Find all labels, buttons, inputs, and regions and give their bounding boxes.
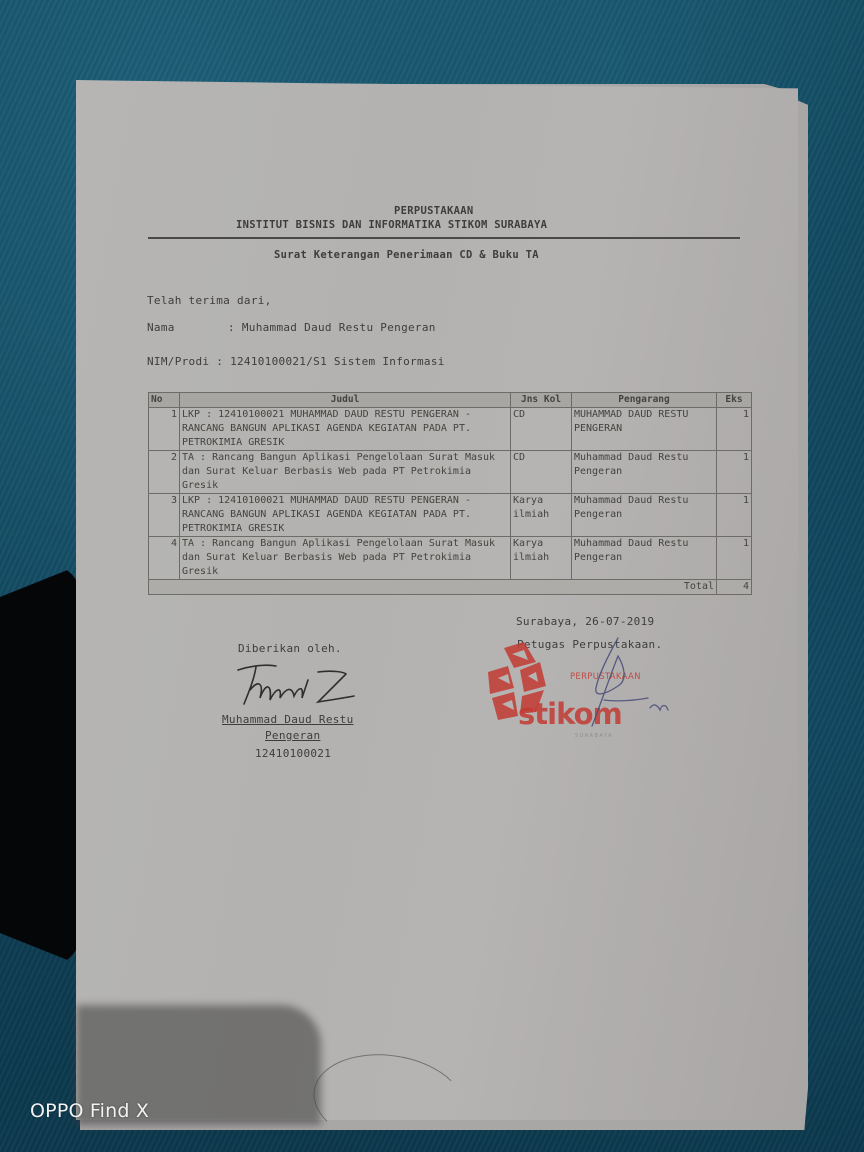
cell-jns-kol: Karya ilmiah: [511, 494, 572, 537]
giver-nim: 12410100021: [255, 747, 331, 760]
intro-text: Telah terima dari,: [147, 294, 272, 307]
cell-no: 1: [149, 408, 180, 451]
cell-judul: TA : Rancang Bangun Aplikasi Pengelolaan…: [180, 537, 511, 580]
cell-judul: TA : Rancang Bangun Aplikasi Pengelolaan…: [180, 451, 511, 494]
document: PERPUSTAKAAN INSTITUT BISNIS DAN INFORMA…: [0, 0, 864, 1152]
total-label: Total: [149, 580, 717, 595]
name-value: : Muhammad Daud Restu Pengeran: [228, 321, 436, 334]
nim-prodi: NIM/Prodi : 12410100021/S1 Sistem Inform…: [147, 355, 445, 368]
giver-label: Diberikan oleh.: [238, 642, 342, 655]
col-jns-kol: Jns Kol: [511, 393, 572, 408]
cell-judul: LKP : 12410100021 MUHAMMAD DAUD RESTU PE…: [180, 408, 511, 451]
officer-signature: [548, 636, 688, 736]
cell-pengarang: Muhammad Daud Restu Pengeran: [572, 537, 717, 580]
giver-name: Muhammad Daud Restu: [222, 713, 354, 726]
giver-name-line2: Pengeran: [265, 729, 320, 742]
cell-eks: 1: [717, 451, 752, 494]
cell-no: 4: [149, 537, 180, 580]
total-value: 4: [717, 580, 752, 595]
document-title: Surat Keterangan Penerimaan CD & Buku TA: [274, 249, 539, 261]
col-judul: Judul: [180, 393, 511, 408]
camera-watermark: OPPO Find X: [30, 1100, 149, 1122]
cell-jns-kol: Karya ilmiah: [511, 537, 572, 580]
col-no: No: [149, 393, 180, 408]
cell-no: 3: [149, 494, 180, 537]
col-eks: Eks: [717, 393, 752, 408]
col-pengarang: Pengarang: [572, 393, 717, 408]
table-row: 3 LKP : 12410100021 MUHAMMAD DAUD RESTU …: [149, 494, 752, 537]
cell-pengarang: Muhammad Daud Restu Pengeran: [572, 451, 717, 494]
place-date: Surabaya, 26-07-2019: [516, 615, 654, 628]
cell-eks: 1: [717, 494, 752, 537]
header-divider: [148, 237, 740, 239]
cell-jns-kol: CD: [511, 408, 572, 451]
cell-eks: 1: [717, 408, 752, 451]
cell-eks: 1: [717, 537, 752, 580]
table-row: 1 LKP : 12410100021 MUHAMMAD DAUD RESTU …: [149, 408, 752, 451]
cell-jns-kol: CD: [511, 451, 572, 494]
header-institution: INSTITUT BISNIS DAN INFORMATIKA STIKOM S…: [236, 219, 547, 231]
table-row: 2 TA : Rancang Bangun Aplikasi Pengelola…: [149, 451, 752, 494]
items-table: No Judul Jns Kol Pengarang Eks 1 LKP : 1…: [148, 392, 752, 595]
giver-signature: [236, 662, 361, 707]
total-row: Total 4: [149, 580, 752, 595]
table-row: 4 TA : Rancang Bangun Aplikasi Pengelola…: [149, 537, 752, 580]
cell-judul: LKP : 12410100021 MUHAMMAD DAUD RESTU PE…: [180, 494, 511, 537]
cell-no: 2: [149, 451, 180, 494]
cell-pengarang: Muhammad Daud Restu Pengeran: [572, 494, 717, 537]
name-label: Nama: [147, 321, 175, 334]
cell-pengarang: MUHAMMAD DAUD RESTU PENGERAN: [572, 408, 717, 451]
table-header-row: No Judul Jns Kol Pengarang Eks: [149, 393, 752, 408]
header-library: PERPUSTAKAAN: [394, 205, 473, 217]
